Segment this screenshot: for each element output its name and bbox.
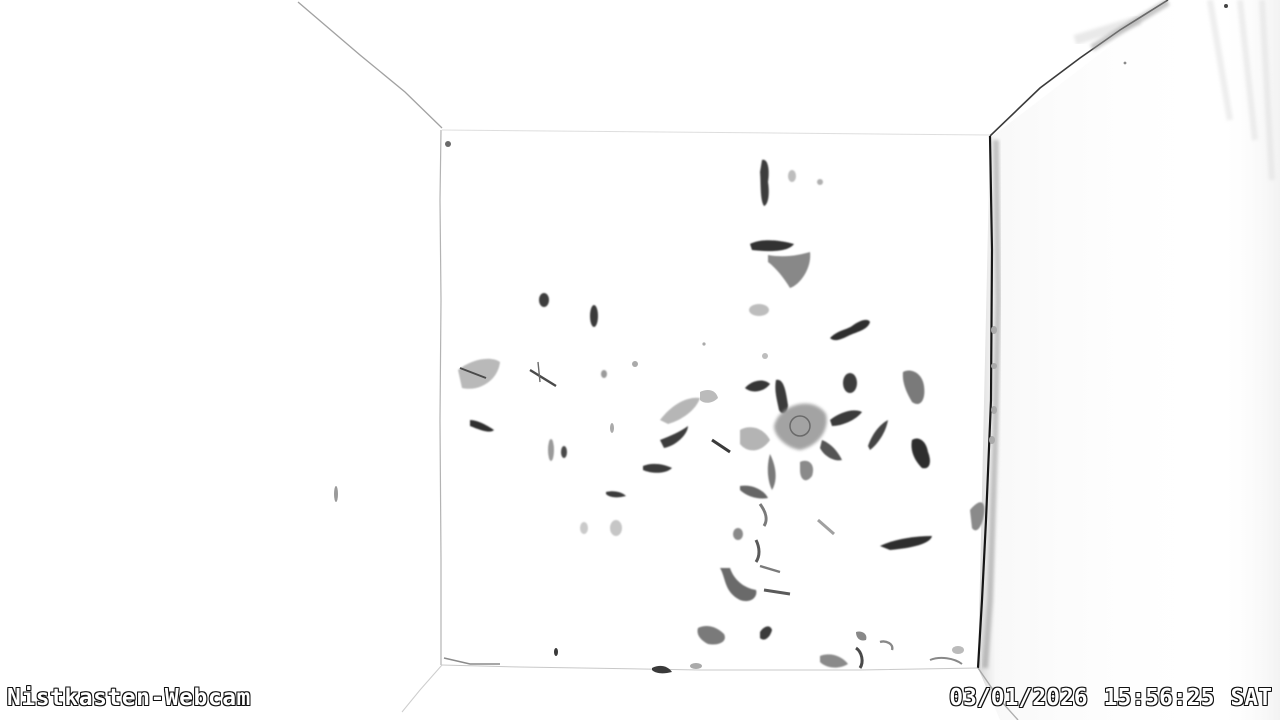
camera-title-overlay: Nistkasten-Webcam <box>7 685 251 711</box>
timestamp-overlay: 03/01/2026 15:56:25 SAT <box>949 685 1272 711</box>
webcam-viewer: Nistkasten-Webcam 03/01/2026 15:56:25 SA… <box>0 0 1280 720</box>
right-wall <box>978 0 1280 720</box>
nest-box-scene <box>0 0 1280 720</box>
overlay-weekday: SAT <box>1230 685 1272 711</box>
overlay-date: 03/01/2026 <box>949 685 1087 711</box>
overlay-time: 15:56:25 <box>1104 685 1215 711</box>
